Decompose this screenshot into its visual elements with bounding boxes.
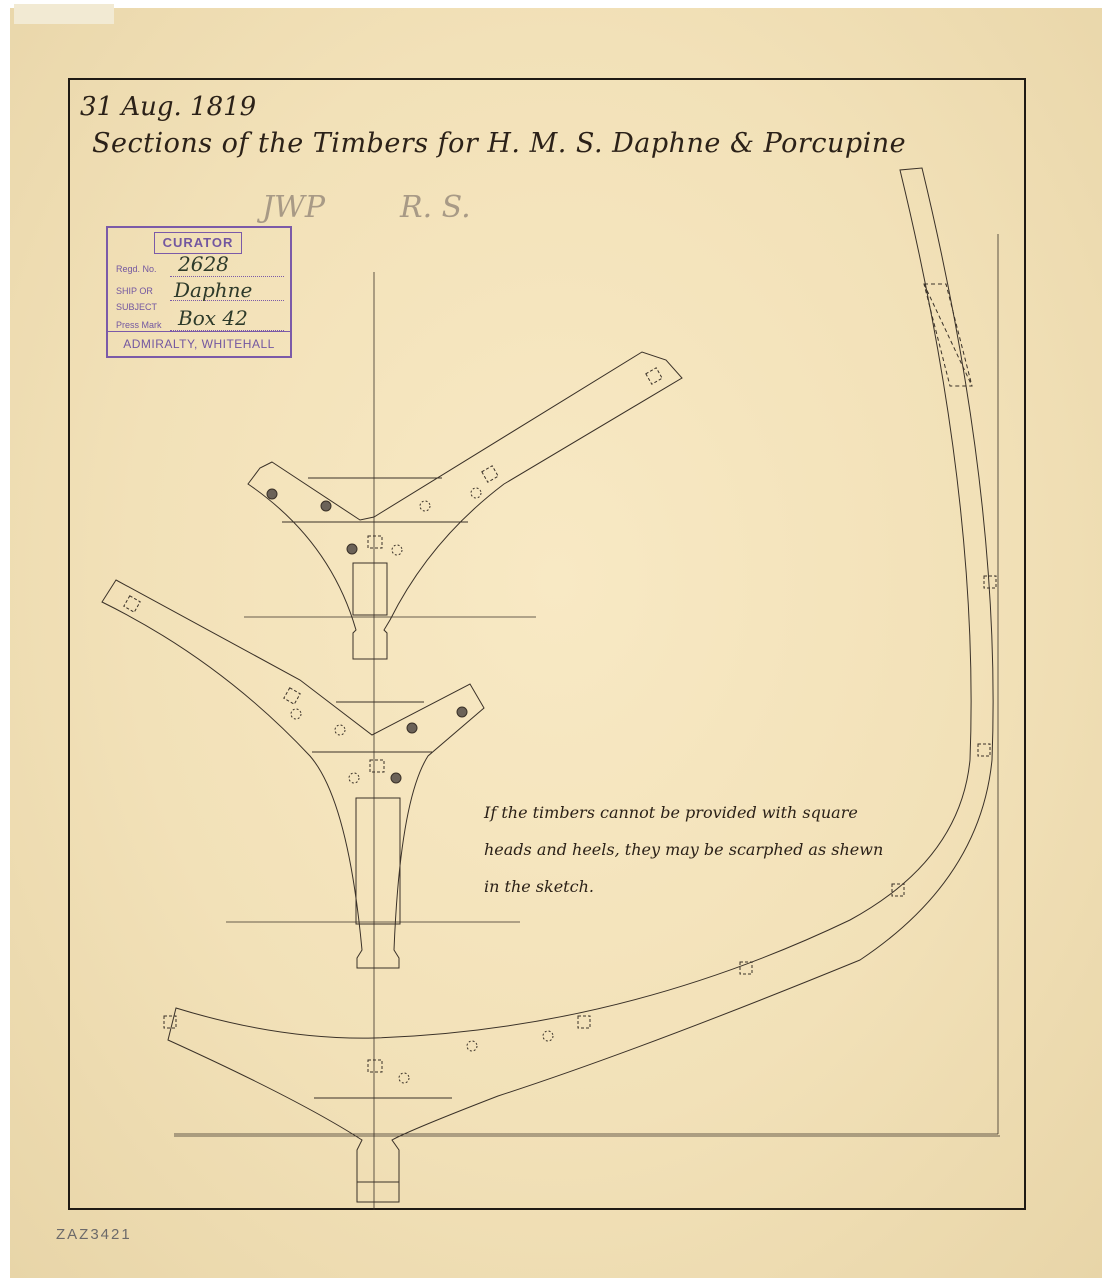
timber-sections-drawing xyxy=(0,0,1106,1280)
note-line-1: If the timbers cannot be provided with s… xyxy=(484,794,924,831)
scarph-note: If the timbers cannot be provided with s… xyxy=(484,794,924,905)
lower-timber-section xyxy=(164,168,1000,1202)
upper-timber-section xyxy=(244,352,682,659)
note-line-2: heads and heels, they may be scarphed as… xyxy=(484,831,924,868)
note-line-3: in the sketch. xyxy=(484,868,924,905)
middle-timber-section xyxy=(102,580,520,968)
catalog-number: ZAZ3421 xyxy=(56,1226,132,1243)
